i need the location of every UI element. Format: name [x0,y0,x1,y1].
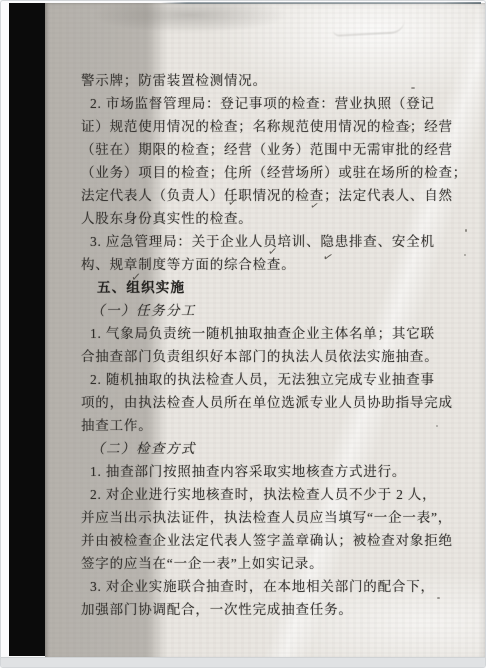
doc-line: 1. 抽查部门按照抽查内容采取实地核查方式进行。 [81,460,463,483]
scan-speck [437,597,440,599]
doc-line: （驻在）期限的检查；经营（业务）范围中无需审批的经营 [81,138,463,161]
scan-viewer-frame: 警示牌；防雷装置检测情况。 2. 市场监督管理局：登记事项的检查：营业执照（登记… [0,0,486,668]
handwritten-checkmark: ✓ [402,122,413,134]
doc-line: 2. 对企业进行实地核查时，执法检查人员不少于 2 人， [81,483,463,506]
handwritten-checkmark: ✓ [267,246,277,258]
doc-line: 2. 市场监督管理局：登记事项的检查：营业执照（登记 [81,92,463,115]
scanner-edge-black-band [9,3,45,656]
scan-speck [436,425,438,427]
doc-line: 3. 对企业实施联合抽查时，在本地相关部门的配合下， [81,575,463,598]
doc-line: 加强部门协调配合，一次性完成抽查任务。 [81,598,463,621]
doc-line: 法定代表人（负责人）任职情况的检查；法定代表人、自然 [81,184,463,207]
doc-line: 1. 气象局负责统一随机抽取抽查企业主体名单；其它联 [81,322,463,345]
doc-line: 人股东身份真实性的检查。 [81,207,463,230]
doc-line: 并应当出示执法证件，执法检查人员应当填写“一企一表”， [81,506,463,529]
scan-speck [411,87,415,89]
doc-line: 2. 随机抽取的执法检查人员，无法独立完成专业抽查事 [81,368,463,391]
sub-heading: （一）任务分工 [81,299,463,322]
doc-line: 合抽查部门负责组织好本部门的执法人员依法实施抽查。 [81,345,463,368]
faint-pencil-smudge [333,19,406,37]
doc-line: 抽查工作。 [81,414,463,437]
sub-heading: （二）检查方式 [81,437,463,460]
scan-bottom-strip [1,657,485,667]
doc-line: 签字的应当在“一企一表”上如实记录。 [81,552,463,575]
doc-line: 项的，由执法检查人员所在单位选派专业人员协助指导完成 [81,391,463,414]
scan-speck [464,254,466,256]
doc-line: 并由被检查企业法定代表人签字盖章确认；被检查对象拒绝 [81,529,463,552]
handwritten-checkmark: ✓ [227,196,238,208]
scanned-paper-page: 警示牌；防雷装置检测情况。 2. 市场监督管理局：登记事项的检查：营业执照（登记… [45,3,486,660]
doc-line: 警示牌；防雷装置检测情况。 [81,69,463,92]
document-text: 警示牌；防雷装置检测情况。 2. 市场监督管理局：登记事项的检查：营业执照（登记… [81,69,463,621]
scan-top-edge-line [161,2,481,4]
scan-speck [465,229,467,232]
doc-line: （业务）项目的检查；住所（经营场所）或驻在场所的检查； [81,161,463,184]
handwritten-checkmark: ✓ [131,271,142,284]
